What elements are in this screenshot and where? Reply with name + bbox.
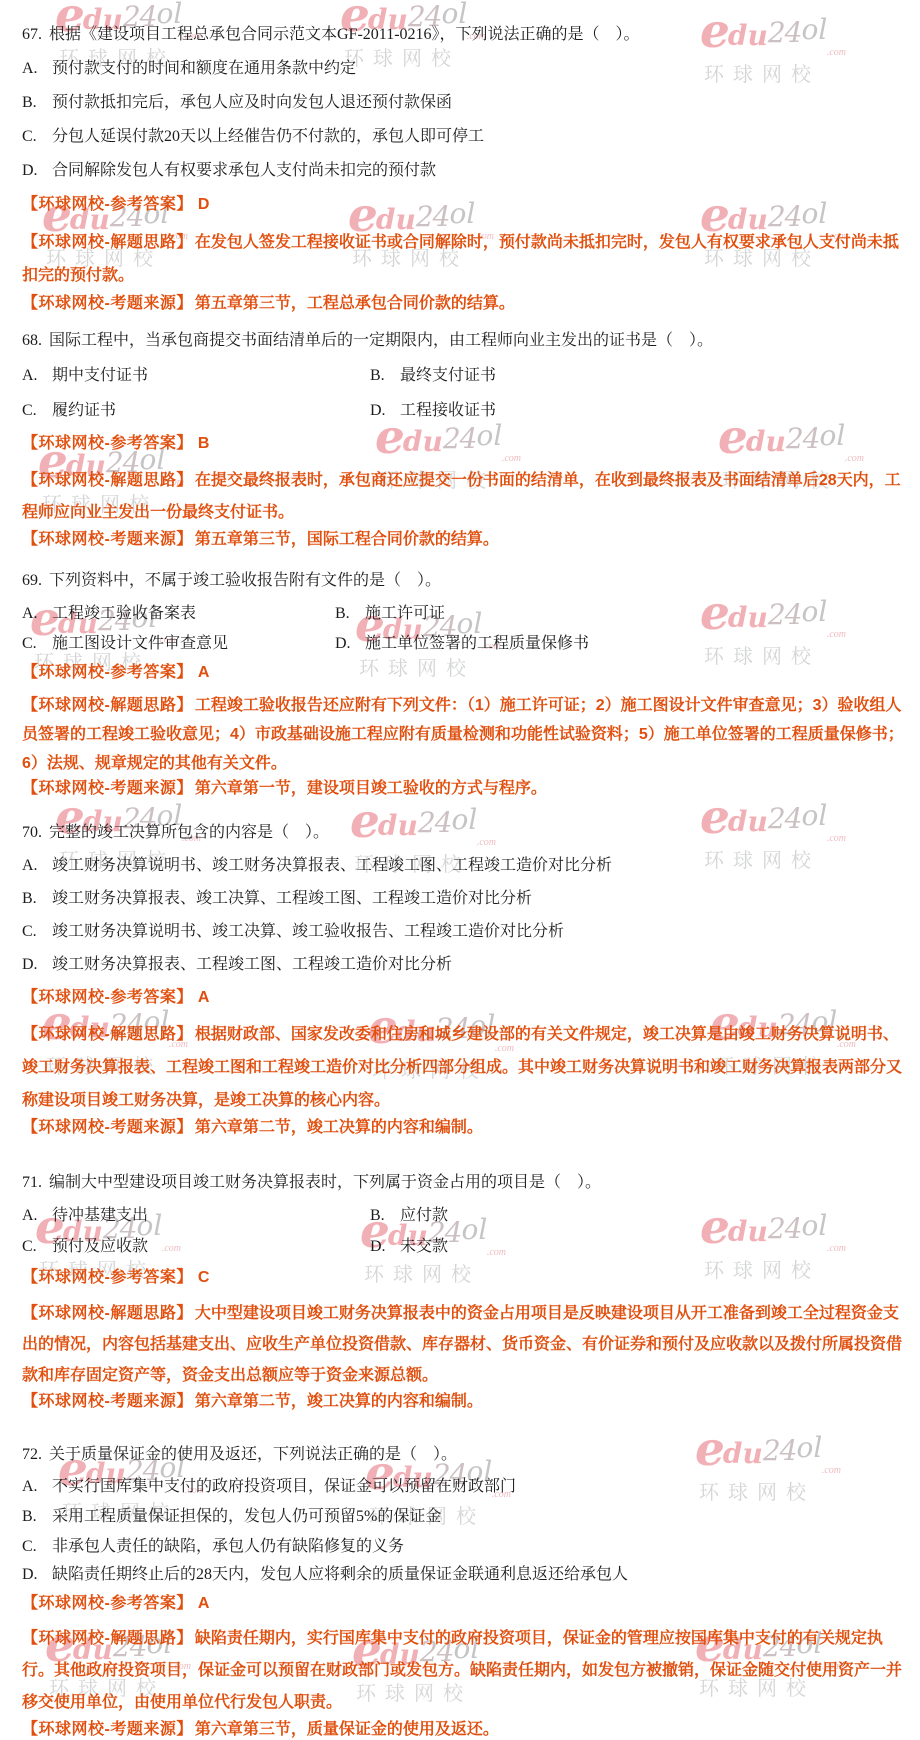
option-key: B. [22, 888, 52, 910]
answer-value: A [198, 989, 210, 1006]
option-c: C.履约证书 [22, 400, 116, 422]
answer-value: B [198, 435, 210, 452]
answer-line: 【环球网校-参考答案】B [22, 433, 906, 455]
source-text: 第六章第三节，质量保证金的使用及返还。 [195, 1721, 499, 1738]
option-a: A.竣工财务决算说明书、竣工财务决算报表、工程竣工图、工程竣工造价对比分析 [22, 855, 906, 877]
option-key: A. [22, 58, 52, 80]
option-key: C. [22, 1536, 52, 1558]
question-number: 68. [22, 332, 42, 349]
option-c: C.非承包人责任的缺陷，承包人仍有缺陷修复的义务 [22, 1536, 906, 1558]
option-row-ab: A.期中支付证书 B.最终支付证书 [22, 365, 906, 387]
answer-line: 【环球网校-参考答案】C [22, 1267, 906, 1289]
option-a: A.不实行国库集中支付的政府投资项目，保证金可以预留在财政部门 [22, 1476, 906, 1498]
source-label: 【环球网校-考题来源】 [22, 1393, 193, 1410]
option-b: B.应付款 [370, 1205, 448, 1227]
option-text: 履约证书 [52, 402, 116, 419]
option-text: 施工图设计文件审查意见 [52, 635, 228, 652]
option-text: 工程接收证书 [400, 402, 496, 419]
source-text: 第六章第一节，建设项目竣工验收的方式与程序。 [195, 780, 547, 797]
analysis-line: 【环球网校-解题思路】大中型建设项目竣工财务决算报表中的资金占用项目是反映建设项… [22, 1298, 904, 1391]
answer-label: 【环球网校-参考答案】 [22, 1595, 193, 1612]
question-text: 关于质量保证金的使用及返还，下列说法正确的是（ ）。 [49, 1446, 457, 1463]
question-title: 71.编制大中型建设项目竣工财务决算报表时，下列属于资金占用的项目是（ ）。 [22, 1172, 906, 1194]
analysis-label: 【环球网校-解题思路】 [22, 234, 193, 251]
option-text: 合同解除发包人有权要求承包人支付尚未扣完的预付款 [52, 162, 436, 179]
analysis-line: 【环球网校-解题思路】缺陷责任期内，实行国库集中支付的政府投资项目，保证金的管理… [22, 1623, 904, 1719]
source-text: 第五章第三节，国际工程合同价款的结算。 [195, 531, 499, 548]
question-title: 67.根据《建设项目工程总承包合同示范文本GF-2011-0216》，下列说法正… [22, 24, 906, 46]
answer-label: 【环球网校-参考答案】 [22, 1269, 193, 1286]
option-row-ab: A.工程竣工验收备案表 B.施工许可证 [22, 603, 906, 625]
option-key: D. [370, 1236, 400, 1258]
option-d: D.合同解除发包人有权要求承包人支付尚未扣完的预付款 [22, 160, 906, 182]
option-key: C. [22, 633, 52, 655]
question-title: 72.关于质量保证金的使用及返还，下列说法正确的是（ ）。 [22, 1444, 906, 1466]
source-label: 【环球网校-考题来源】 [22, 1119, 193, 1136]
option-b: B.预付款抵扣完后，承包人应及时向发包人退还预付款保函 [22, 92, 906, 114]
source-line: 【环球网校-考题来源】第六章第三节，质量保证金的使用及返还。 [22, 1719, 906, 1740]
answer-line: 【环球网校-参考答案】A [22, 662, 906, 684]
option-d: D.竣工财务决算报表、工程竣工图、工程竣工造价对比分析 [22, 954, 906, 976]
question-number: 69. [22, 572, 42, 589]
option-key: B. [370, 365, 400, 387]
option-c: C.分包人延误付款20天以上经催告仍不付款的，承包人即可停工 [22, 126, 906, 148]
option-key: A. [22, 603, 52, 625]
analysis-line: 【环球网校-解题思路】工程竣工验收报告还应附有下列文件：（1）施工许可证；2）施… [22, 691, 904, 778]
option-text: 施工单位签署的工程质量保修书 [365, 635, 589, 652]
option-text: 采用工程质量保证担保的，发包人仍可预留5%的保证金 [52, 1508, 441, 1525]
option-key: C. [22, 921, 52, 943]
option-b: B.施工许可证 [335, 603, 445, 625]
option-b: B.最终支付证书 [370, 365, 496, 387]
option-key: A. [22, 365, 52, 387]
question-text: 下列资料中，不属于竣工验收报告附有文件的是（ ）。 [49, 572, 441, 589]
option-key: D. [335, 633, 365, 655]
answer-value: A [198, 1595, 210, 1612]
option-text: 缺陷责任期终止后的28天内，发包人应将剩余的质量保证金联通利息返还给承包人 [52, 1566, 628, 1583]
option-a: A.待冲基建支出 [22, 1205, 148, 1227]
analysis-label: 【环球网校-解题思路】 [22, 472, 193, 489]
source-line: 【环球网校-考题来源】第五章第三节，工程总承包合同价款的结算。 [22, 293, 906, 315]
option-text: 未交款 [400, 1238, 448, 1255]
analysis-label: 【环球网校-解题思路】 [22, 1026, 193, 1043]
option-a: A.期中支付证书 [22, 365, 148, 387]
option-c: C.施工图设计文件审查意见 [22, 633, 228, 655]
source-line: 【环球网校-考题来源】第六章第一节，建设项目竣工验收的方式与程序。 [22, 778, 906, 800]
option-key: A. [22, 1205, 52, 1227]
option-row-cd: C.履约证书 D.工程接收证书 [22, 400, 906, 422]
exam-document-page: edu24ol.com环球网校edu24ol.com环球网校edu24ol.co… [0, 0, 920, 1740]
option-key: D. [22, 954, 52, 976]
option-key: D. [22, 1564, 52, 1586]
option-key: C. [22, 126, 52, 148]
option-d: D.缺陷责任期终止后的28天内，发包人应将剩余的质量保证金联通利息返还给承包人 [22, 1564, 906, 1586]
question-text: 国际工程中，当承包商提交书面结清单后的一定期限内，由工程师向业主发出的证书是（ … [49, 332, 713, 349]
option-b: B.采用工程质量保证担保的，发包人仍可预留5%的保证金 [22, 1506, 906, 1528]
option-text: 待冲基建支出 [52, 1207, 148, 1224]
answer-label: 【环球网校-参考答案】 [22, 196, 193, 213]
option-key: B. [22, 92, 52, 114]
option-text: 期中支付证书 [52, 367, 148, 384]
option-row-ab: A.待冲基建支出 B.应付款 [22, 1205, 906, 1227]
analysis-label: 【环球网校-解题思路】 [22, 697, 193, 714]
option-key: D. [370, 400, 400, 422]
option-key: D. [22, 160, 52, 182]
question-number: 67. [22, 26, 42, 43]
answer-value: D [198, 196, 210, 213]
source-text: 第六章第二节，竣工决算的内容和编制。 [195, 1393, 483, 1410]
question-title: 70.完整的竣工决算所包含的内容是（ ）。 [22, 822, 906, 844]
source-label: 【环球网校-考题来源】 [22, 295, 193, 312]
question-number: 72. [22, 1446, 42, 1463]
source-label: 【环球网校-考题来源】 [22, 780, 193, 797]
option-key: B. [22, 1506, 52, 1528]
option-text: 预付款支付的时间和额度在通用条款中约定 [52, 60, 356, 77]
option-key: B. [370, 1205, 400, 1227]
option-text: 施工许可证 [365, 605, 445, 622]
option-key: C. [22, 1236, 52, 1258]
question-text: 完整的竣工决算所包含的内容是（ ）。 [49, 824, 329, 841]
option-key: C. [22, 400, 52, 422]
document-content: 67.根据《建设项目工程总承包合同示范文本GF-2011-0216》，下列说法正… [0, 0, 920, 1740]
option-text: 竣工财务决算说明书、竣工财务决算报表、工程竣工图、工程竣工造价对比分析 [52, 857, 612, 874]
option-text: 最终支付证书 [400, 367, 496, 384]
answer-label: 【环球网校-参考答案】 [22, 435, 193, 452]
answer-line: 【环球网校-参考答案】D [22, 194, 906, 216]
option-a: A.工程竣工验收备案表 [22, 603, 196, 625]
option-c: C.预付及应收款 [22, 1236, 148, 1258]
answer-line: 【环球网校-参考答案】A [22, 1593, 906, 1615]
source-label: 【环球网校-考题来源】 [22, 1721, 193, 1738]
question-title: 68.国际工程中，当承包商提交书面结清单后的一定期限内，由工程师向业主发出的证书… [22, 330, 906, 352]
option-text: 非承包人责任的缺陷，承包人仍有缺陷修复的义务 [52, 1538, 404, 1555]
analysis-label: 【环球网校-解题思路】 [22, 1630, 193, 1647]
option-key: B. [335, 603, 365, 625]
source-line: 【环球网校-考题来源】第六章第二节，竣工决算的内容和编制。 [22, 1391, 906, 1413]
source-line: 【环球网校-考题来源】第六章第二节，竣工决算的内容和编制。 [22, 1117, 906, 1139]
option-text: 不实行国库集中支付的政府投资项目，保证金可以预留在财政部门 [52, 1478, 516, 1495]
analysis-line: 【环球网校-解题思路】根据财政部、国家发改委和住房和城乡建设部的有关文件规定，竣… [22, 1018, 904, 1117]
analysis-line: 【环球网校-解题思路】在发包人签发工程接收证书或合同解除时，预付款尚未抵扣完时，… [22, 226, 904, 292]
option-b: B.竣工财务决算报表、竣工决算、工程竣工图、工程竣工造价对比分析 [22, 888, 906, 910]
option-d: D.工程接收证书 [370, 400, 496, 422]
question-number: 71. [22, 1174, 42, 1191]
option-key: A. [22, 1476, 52, 1498]
question-text: 编制大中型建设项目竣工财务决算报表时，下列属于资金占用的项目是（ ）。 [49, 1174, 601, 1191]
answer-label: 【环球网校-参考答案】 [22, 664, 193, 681]
answer-value: C [198, 1269, 210, 1286]
option-text: 工程竣工验收备案表 [52, 605, 196, 622]
source-text: 第六章第二节，竣工决算的内容和编制。 [195, 1119, 483, 1136]
option-row-cd: C.施工图设计文件审查意见 D.施工单位签署的工程质量保修书 [22, 633, 906, 655]
analysis-line: 【环球网校-解题思路】在提交最终报表时，承包商还应提交一份书面的结清单，在收到最… [22, 465, 904, 529]
option-text: 竣工财务决算说明书、竣工决算、竣工验收报告、工程竣工造价对比分析 [52, 923, 564, 940]
option-c: C.竣工财务决算说明书、竣工决算、竣工验收报告、工程竣工造价对比分析 [22, 921, 906, 943]
option-row-cd: C.预付及应收款 D.未交款 [22, 1236, 906, 1258]
analysis-label: 【环球网校-解题思路】 [22, 1305, 193, 1322]
option-text: 预付及应收款 [52, 1238, 148, 1255]
option-d: D.施工单位签署的工程质量保修书 [335, 633, 589, 655]
option-text: 竣工财务决算报表、竣工决算、工程竣工图、工程竣工造价对比分析 [52, 890, 532, 907]
question-text: 根据《建设项目工程总承包合同示范文本GF-2011-0216》，下列说法正确的是… [49, 26, 640, 43]
option-key: A. [22, 855, 52, 877]
answer-line: 【环球网校-参考答案】A [22, 987, 906, 1009]
option-a: A.预付款支付的时间和额度在通用条款中约定 [22, 58, 906, 80]
source-text: 第五章第三节，工程总承包合同价款的结算。 [195, 295, 515, 312]
question-title: 69.下列资料中，不属于竣工验收报告附有文件的是（ ）。 [22, 570, 906, 592]
option-text: 应付款 [400, 1207, 448, 1224]
answer-label: 【环球网校-参考答案】 [22, 989, 193, 1006]
answer-value: A [198, 664, 210, 681]
source-label: 【环球网校-考题来源】 [22, 531, 193, 548]
question-number: 70. [22, 824, 42, 841]
option-d: D.未交款 [370, 1236, 448, 1258]
option-text: 分包人延误付款20天以上经催告仍不付款的，承包人即可停工 [52, 128, 484, 145]
source-line: 【环球网校-考题来源】第五章第三节，国际工程合同价款的结算。 [22, 529, 906, 551]
option-text: 竣工财务决算报表、工程竣工图、工程竣工造价对比分析 [52, 956, 452, 973]
option-text: 预付款抵扣完后，承包人应及时向发包人退还预付款保函 [52, 94, 452, 111]
